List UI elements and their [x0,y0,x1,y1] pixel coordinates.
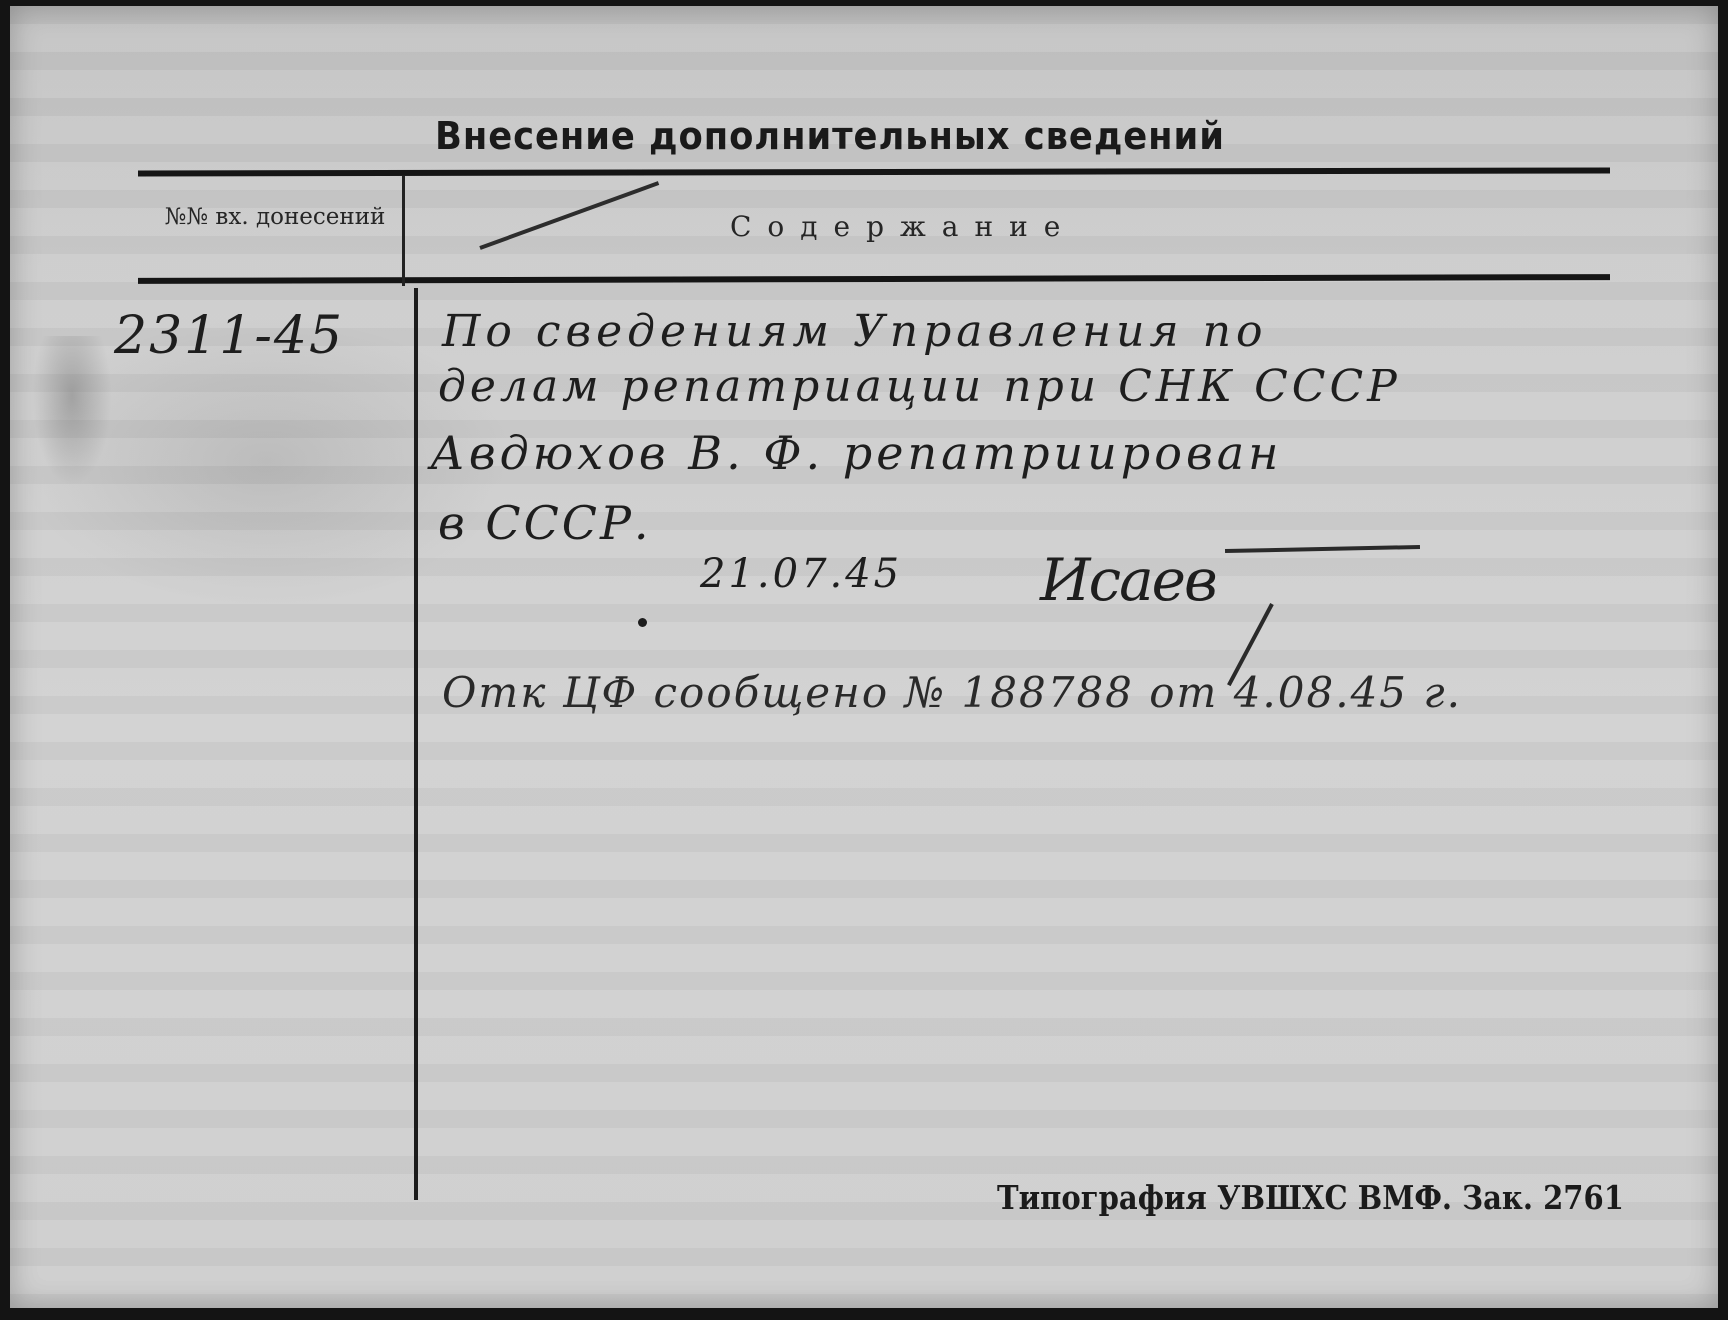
signature: Исаев [1040,546,1216,614]
table-top-rule [138,167,1610,176]
signature-flourish [1225,545,1420,553]
ink-smudge [32,336,112,486]
header-content: Содержание [730,210,1076,243]
content-line: Авдюхов В. Ф. репатриирован [430,426,1282,480]
content-line: делам репатриации при СНК СССР [438,361,1401,412]
form-title: Внесение дополнительных сведений [435,114,1225,158]
notification-note: Отк ЦФ сообщено № 188788 от 4.08.45 г. [442,668,1462,717]
table-header-rule [138,274,1610,284]
printer-imprint: Типография УВШХС ВМФ. Зак. 2761 [997,1178,1624,1217]
header-column-divider [402,176,405,286]
entry-number: 2311-45 [114,306,344,366]
header-entry-number: №№ вх. донесений [160,202,390,232]
body-column-divider [414,288,418,1200]
ink-dot [638,618,647,627]
archive-card: Внесение дополнительных сведений №№ вх. … [10,6,1718,1308]
entry-date: 21.07.45 [700,551,902,597]
pen-stroke [479,181,659,250]
content-line: в СССР. [438,496,652,550]
content-line: По сведениям Управления по [442,306,1267,357]
